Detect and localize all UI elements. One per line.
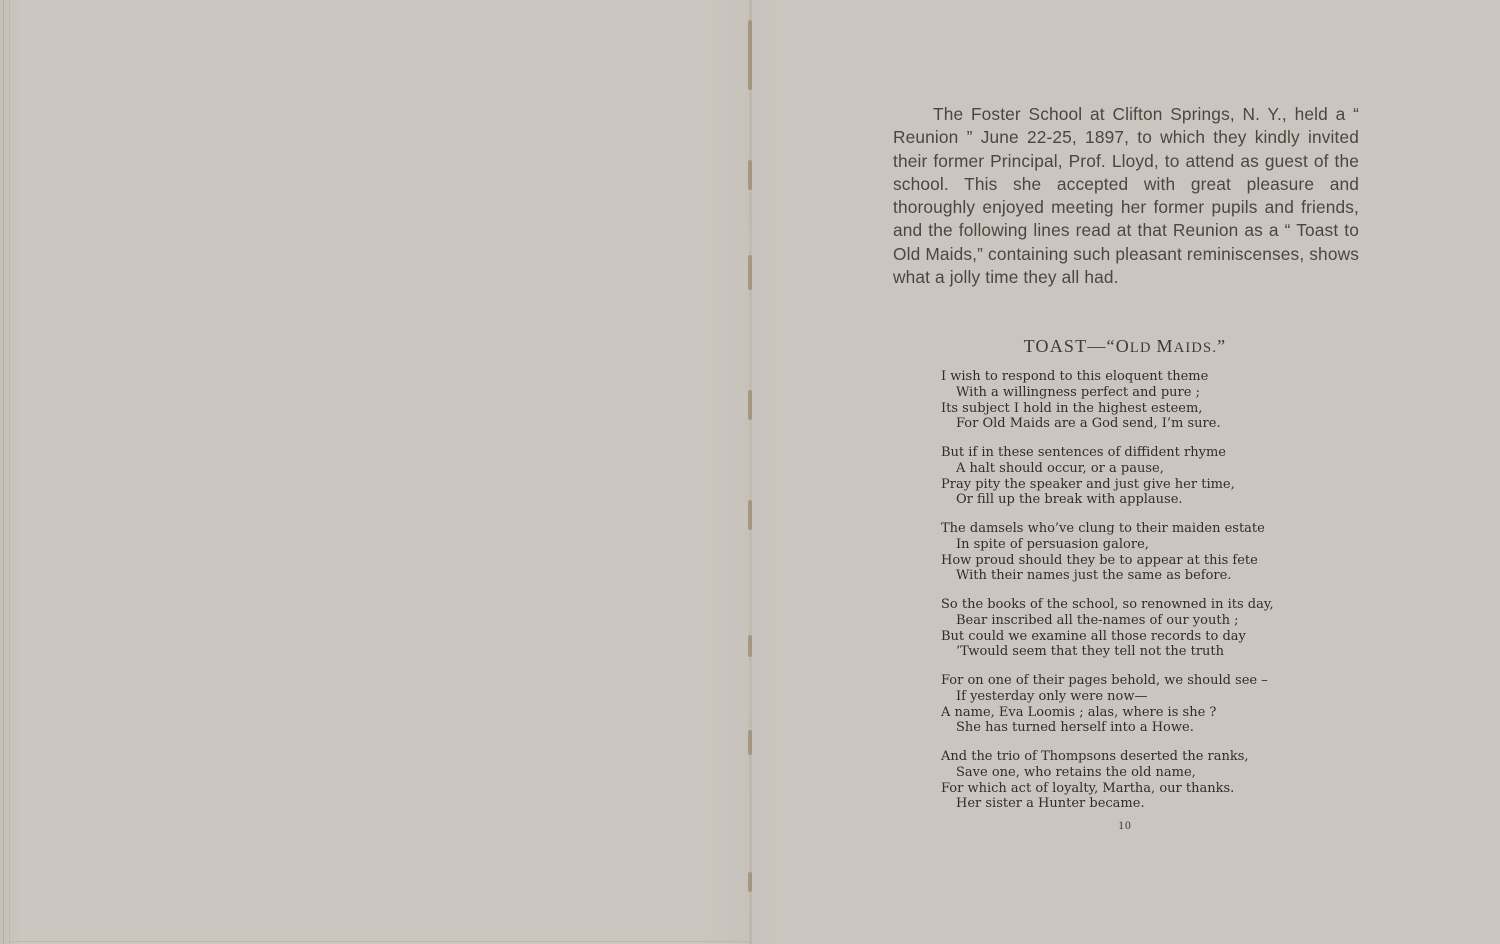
poem-line: Her sister a Hunter became. [941, 796, 1331, 812]
poem-line: A halt should occur, or a pause, [941, 461, 1331, 477]
poem-line: How proud should they be to appear at th… [941, 553, 1331, 569]
poem-title-prefix: TOAST—“O [1024, 336, 1130, 356]
poem-line: Its subject I hold in the highest esteem… [941, 401, 1331, 417]
poem-line: If yesterday only were now— [941, 689, 1331, 705]
poem-line: For on one of their pages behold, we sho… [941, 673, 1331, 689]
page-number: 10 [1110, 820, 1140, 832]
poem-stanza: And the trio of Thompsons deserted the r… [941, 749, 1331, 812]
left-page [0, 0, 750, 944]
poem-line: In spite of persuasion galore, [941, 537, 1331, 553]
poem-line: And the trio of Thompsons deserted the r… [941, 749, 1331, 765]
poem-stanza: For on one of their pages behold, we sho… [941, 673, 1331, 736]
poem-line: I wish to respond to this eloquent theme [941, 369, 1331, 385]
poem-title-suffix: ” [1217, 336, 1226, 356]
poem-stanza: I wish to respond to this eloquent theme… [941, 369, 1331, 432]
poem-body: I wish to respond to this eloquent theme… [941, 369, 1331, 825]
poem-title-cap: M [1156, 336, 1173, 356]
poem-title: TOAST—“OLD MAIDS.” [940, 336, 1310, 357]
poem-line: For Old Maids are a God send, I’m sure. [941, 416, 1331, 432]
poem-line: But if in these sentences of diffident r… [941, 445, 1331, 461]
poem-line: Bear inscribed all the-names of our yout… [941, 613, 1331, 629]
poem-line: With a willingness perfect and pure ; [941, 385, 1331, 401]
book-spread: The Foster School at Clifton Springs, N.… [0, 0, 1500, 944]
poem-title-smallcaps: AIDS. [1174, 340, 1217, 356]
poem-line: For which act of loyalty, Martha, our th… [941, 781, 1331, 797]
left-page-edge-inner [9, 0, 10, 944]
poem-stanza: But if in these sentences of diffident r… [941, 445, 1331, 508]
poem-line: Save one, who retains the old name, [941, 765, 1331, 781]
poem-title-smallcaps: LD [1130, 340, 1157, 356]
poem-line: But could we examine all those records t… [941, 629, 1331, 645]
poem-line: She has turned herself into a Howe. [941, 720, 1331, 736]
poem-stanza: The damsels who’ve clung to their maiden… [941, 521, 1331, 584]
left-page-edge [3, 0, 4, 944]
poem-line: The damsels who’ve clung to their maiden… [941, 521, 1331, 537]
poem-line: Pray pity the speaker and just give her … [941, 477, 1331, 493]
poem-line: So the books of the school, so renowned … [941, 597, 1331, 613]
intro-paragraph: The Foster School at Clifton Springs, N.… [893, 103, 1359, 289]
left-page-bottom-edge [10, 941, 750, 942]
poem-line: With their names just the same as before… [941, 568, 1331, 584]
poem-stanza: So the books of the school, so renowned … [941, 597, 1331, 660]
poem-line: A name, Eva Loomis ; alas, where is she … [941, 705, 1331, 721]
poem-line: ’Twould seem that they tell not the trut… [941, 644, 1331, 660]
poem-line: Or fill up the break with applause. [941, 492, 1331, 508]
